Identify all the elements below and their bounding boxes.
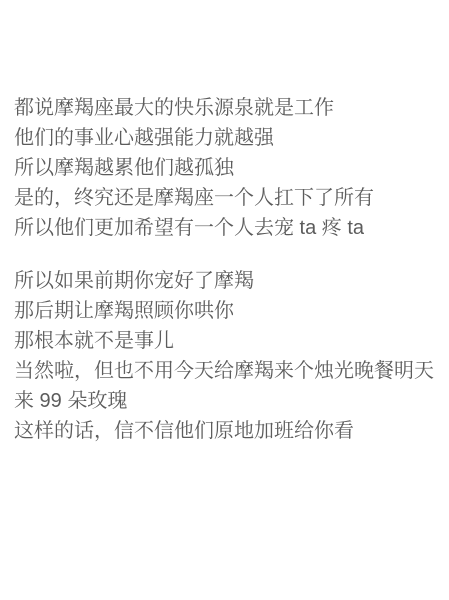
text-line: 这样的话，信不信他们原地加班给你看 <box>14 416 435 446</box>
text-line: 当然啦，但也不用今天给摩羯来个烛光晚餐明天 <box>14 356 435 386</box>
text-line: 都说摩羯座最大的快乐源泉就是工作 <box>14 93 435 123</box>
text-block: 都说摩羯座最大的快乐源泉就是工作 他们的事业心越强能力就越强 所以摩羯越累他们越… <box>0 0 449 446</box>
paragraph-2: 所以如果前期你宠好了摩羯 那后期让摩羯照顾你哄你 那根本就不是事儿 当然啦，但也… <box>14 266 435 446</box>
text-line: 他们的事业心越强能力就越强 <box>14 123 435 153</box>
text-line: 所以他们更加希望有一个人去宠 ta 疼 ta <box>14 213 435 243</box>
text-line: 来 99 朵玫瑰 <box>14 386 435 416</box>
text-line: 所以如果前期你宠好了摩羯 <box>14 266 435 296</box>
text-line: 那后期让摩羯照顾你哄你 <box>14 296 435 326</box>
text-post-image: 都说摩羯座最大的快乐源泉就是工作 他们的事业心越强能力就越强 所以摩羯越累他们越… <box>0 0 449 600</box>
paragraph-1: 都说摩羯座最大的快乐源泉就是工作 他们的事业心越强能力就越强 所以摩羯越累他们越… <box>14 93 435 243</box>
text-line: 那根本就不是事儿 <box>14 326 435 356</box>
text-line: 所以摩羯越累他们越孤独 <box>14 153 435 183</box>
text-line: 是的，终究还是摩羯座一个人扛下了所有 <box>14 183 435 213</box>
